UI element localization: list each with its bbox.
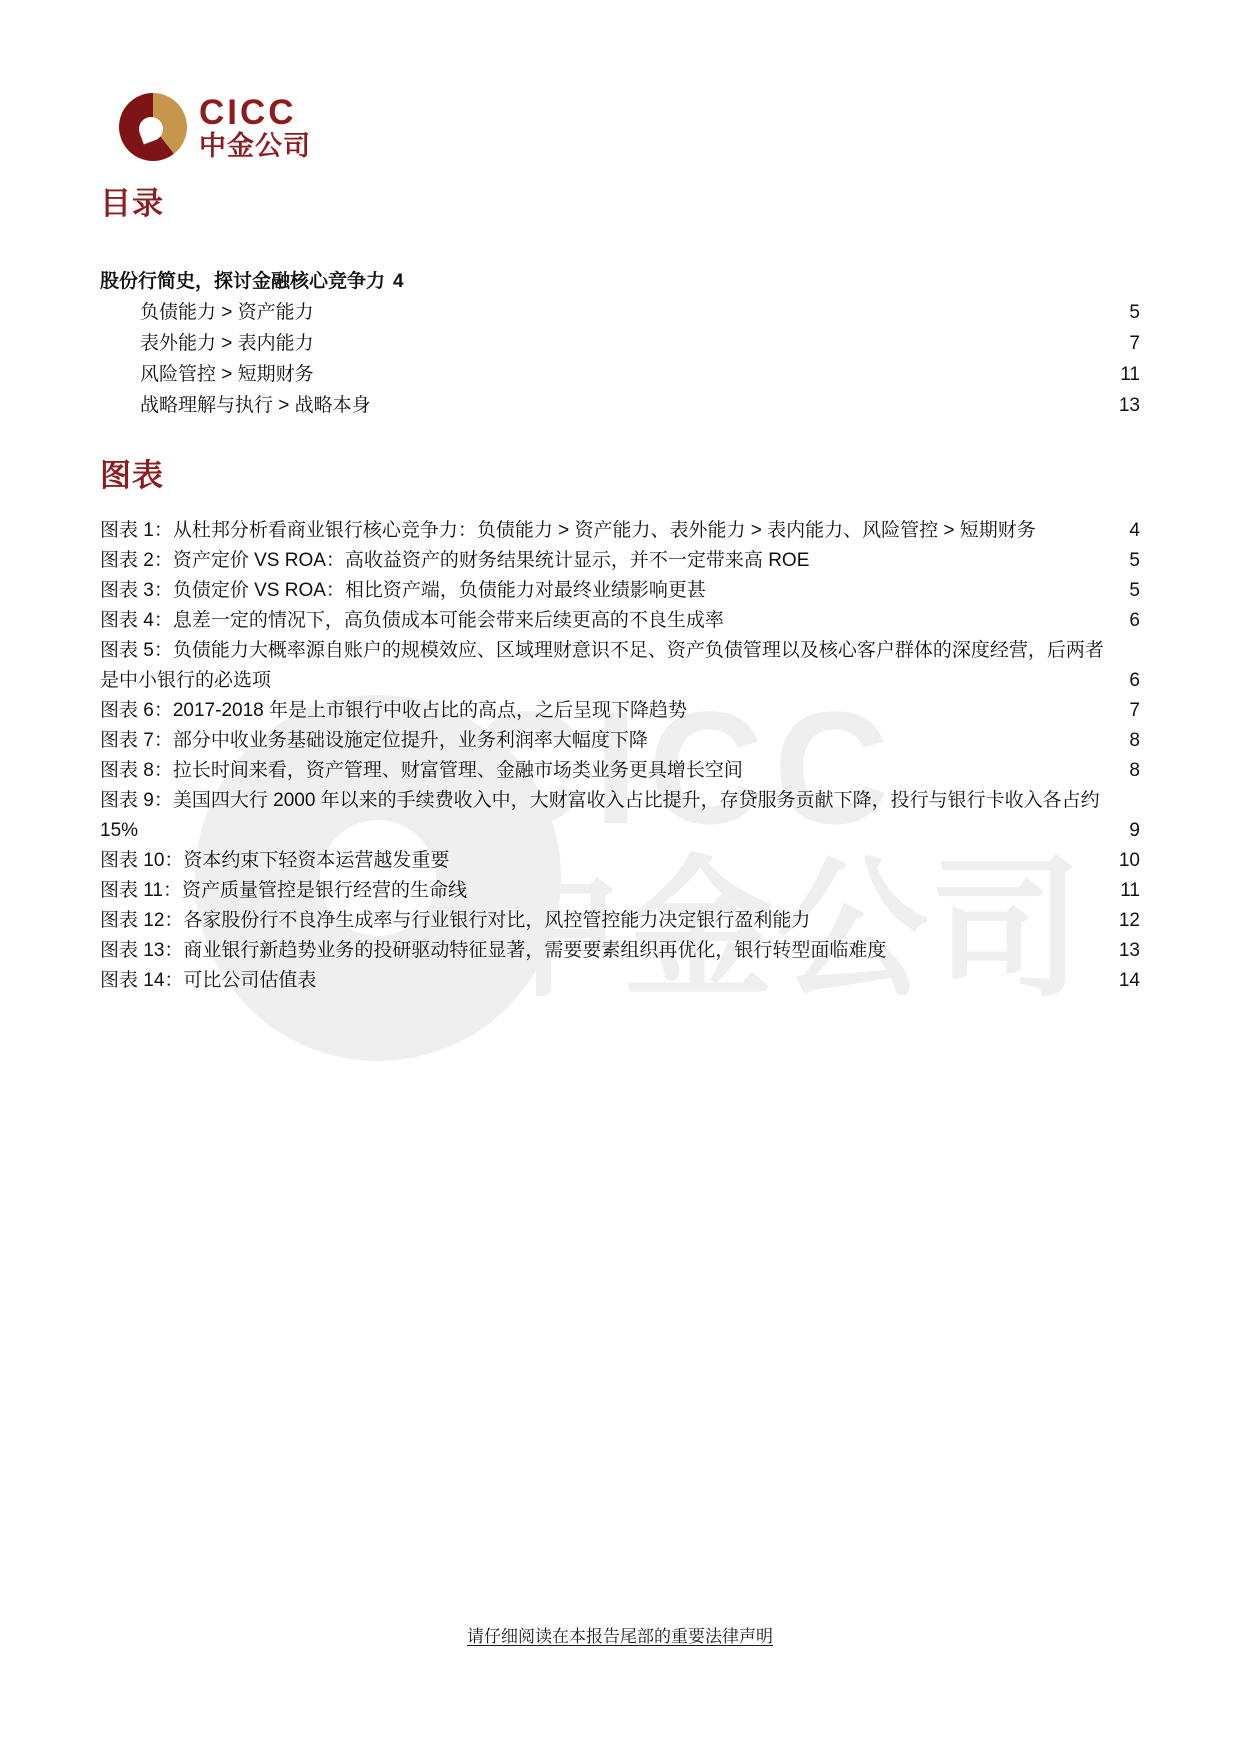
toc-entry-page-number: 11 <box>1110 359 1140 390</box>
figure-entry-label: 图表 13：商业银行新趋势业务的投研驱动特征显著，需要要素组织再优化，银行转型面… <box>100 936 1109 966</box>
figure-entry-page-number: 7 <box>1119 696 1140 726</box>
document-page: CICC 中金公司 CICC 中金公司 目录 股份行简史，探讨金融核心竞争力4负… <box>0 0 1240 1754</box>
figure-entry-label: 图表 5：负债能力大概率源自账户的规模效应、区域理财意识不足、资产负债管理以及核… <box>100 636 1119 696</box>
cicc-logo-text: CICC 中金公司 <box>199 95 311 160</box>
figure-entry[interactable]: 图表 8：拉长时间来看，资产管理、财富管理、金融市场类业务更具增长空间8 <box>100 756 1140 786</box>
figure-entry[interactable]: 图表 9：美国四大行 2000 年以来的手续费收入中，大财富收入占比提升，存贷服… <box>100 786 1140 846</box>
toc-entry-page-number: 7 <box>1119 328 1140 359</box>
figure-entry-page-number: 5 <box>1119 576 1140 606</box>
figures-heading: 图表 <box>100 450 164 495</box>
footer: 请仔细阅读在本报告尾部的重要法律声明 <box>0 1622 1240 1647</box>
toc-entry[interactable]: 表外能力 > 表内能力7 <box>100 328 1140 359</box>
figure-entry[interactable]: 图表 7：部分中收业务基础设施定位提升，业务利润率大幅度下降8 <box>100 726 1140 756</box>
figure-entry-page-number: 14 <box>1109 966 1140 996</box>
figure-entry-page-number: 5 <box>1119 546 1140 576</box>
figure-entry-label: 图表 4：息差一定的情况下，高负债成本可能会带来后续更高的不良生成率 <box>100 606 1119 636</box>
toc-entry-label: 风险管控 > 短期财务 <box>140 359 314 390</box>
toc-entry-label: 表外能力 > 表内能力 <box>140 328 314 359</box>
figure-entry-label: 图表 9：美国四大行 2000 年以来的手续费收入中，大财富收入占比提升，存贷服… <box>100 786 1119 846</box>
cicc-logo-zh: 中金公司 <box>199 133 311 160</box>
cicc-ring-icon <box>119 93 187 161</box>
figure-entry-page-number: 9 <box>1119 816 1140 846</box>
figure-list: 图表 1：从杜邦分析看商业银行核心竞争力：负债能力 > 资产能力、表外能力 > … <box>100 516 1140 996</box>
toc-entry-label: 战略理解与执行 > 战略本身 <box>140 390 371 421</box>
cicc-logo-en: CICC <box>199 95 311 130</box>
figure-entry-page-number: 13 <box>1109 936 1140 966</box>
toc-entry-label: 负债能力 > 资产能力 <box>140 297 314 328</box>
toc-entry-page-number: 5 <box>1119 297 1140 328</box>
figure-entry-page-number: 6 <box>1119 606 1140 636</box>
figure-entry-label: 图表 3：负债定价 VS ROA：相比资产端，负债能力对最终业绩影响更甚 <box>100 576 1119 606</box>
figure-entry-page-number: 6 <box>1119 666 1140 696</box>
figure-entry-label: 图表 12：各家股份行不良净生成率与行业银行对比，风控管控能力决定银行盈利能力 <box>100 906 1109 936</box>
figure-entry-label: 图表 2：资产定价 VS ROA：高收益资产的财务结果统计显示，并不一定带来高 … <box>100 546 1119 576</box>
figure-entry[interactable]: 图表 4：息差一定的情况下，高负债成本可能会带来后续更高的不良生成率6 <box>100 606 1140 636</box>
figure-entry-label: 图表 6：2017-2018 年是上市银行中收占比的高点，之后呈现下降趋势 <box>100 696 1119 726</box>
figure-entry[interactable]: 图表 12：各家股份行不良净生成率与行业银行对比，风控管控能力决定银行盈利能力1… <box>100 906 1140 936</box>
toc-head-entry[interactable]: 股份行简史，探讨金融核心竞争力4 <box>100 266 1140 297</box>
figure-entry[interactable]: 图表 3：负债定价 VS ROA：相比资产端，负债能力对最终业绩影响更甚5 <box>100 576 1140 606</box>
figure-entry-page-number: 12 <box>1109 906 1140 936</box>
figure-entry-label: 图表 7：部分中收业务基础设施定位提升，业务利润率大幅度下降 <box>100 726 1119 756</box>
figure-entry[interactable]: 图表 14：可比公司估值表14 <box>100 966 1140 996</box>
toc-entry[interactable]: 风险管控 > 短期财务11 <box>100 359 1140 390</box>
toc-heading: 目录 <box>100 178 164 223</box>
figure-entry[interactable]: 图表 1：从杜邦分析看商业银行核心竞争力：负债能力 > 资产能力、表外能力 > … <box>100 516 1140 546</box>
figure-entry-page-number: 8 <box>1119 756 1140 786</box>
toc-list: 股份行简史，探讨金融核心竞争力4负债能力 > 资产能力5表外能力 > 表内能力7… <box>100 266 1140 421</box>
figure-entry[interactable]: 图表 6：2017-2018 年是上市银行中收占比的高点，之后呈现下降趋势7 <box>100 696 1140 726</box>
cicc-logo: CICC 中金公司 <box>119 93 311 161</box>
figure-entry-page-number: 4 <box>1119 516 1140 546</box>
figure-entry[interactable]: 图表 11：资产质量管控是银行经营的生命线11 <box>100 876 1140 906</box>
figure-entry-label: 图表 14：可比公司估值表 <box>100 966 1109 996</box>
toc-head-entry-label: 股份行简史，探讨金融核心竞争力 <box>100 266 385 297</box>
figure-entry-page-number: 11 <box>1110 876 1140 906</box>
figure-entry-label: 图表 11：资产质量管控是银行经营的生命线 <box>100 876 1110 906</box>
figure-entry[interactable]: 图表 5：负债能力大概率源自账户的规模效应、区域理财意识不足、资产负债管理以及核… <box>100 636 1140 696</box>
toc-entry[interactable]: 负债能力 > 资产能力5 <box>100 297 1140 328</box>
figure-entry-label: 图表 8：拉长时间来看，资产管理、财富管理、金融市场类业务更具增长空间 <box>100 756 1119 786</box>
figure-entry-page-number: 8 <box>1119 726 1140 756</box>
figure-entry[interactable]: 图表 10：资本约束下轻资本运营越发重要10 <box>100 846 1140 876</box>
toc-entry-page-number: 13 <box>1109 390 1140 421</box>
figure-entry-page-number: 10 <box>1109 846 1140 876</box>
figure-entry[interactable]: 图表 13：商业银行新趋势业务的投研驱动特征显著，需要要素组织再优化，银行转型面… <box>100 936 1140 966</box>
figure-entry-label: 图表 10：资本约束下轻资本运营越发重要 <box>100 846 1109 876</box>
figure-entry[interactable]: 图表 2：资产定价 VS ROA：高收益资产的财务结果统计显示，并不一定带来高 … <box>100 546 1140 576</box>
toc-head-entry-page-number: 4 <box>393 266 404 297</box>
figure-entry-label: 图表 1：从杜邦分析看商业银行核心竞争力：负债能力 > 资产能力、表外能力 > … <box>100 516 1119 546</box>
toc-entry[interactable]: 战略理解与执行 > 战略本身13 <box>100 390 1140 421</box>
footer-disclaimer: 请仔细阅读在本报告尾部的重要法律声明 <box>467 1627 773 1646</box>
